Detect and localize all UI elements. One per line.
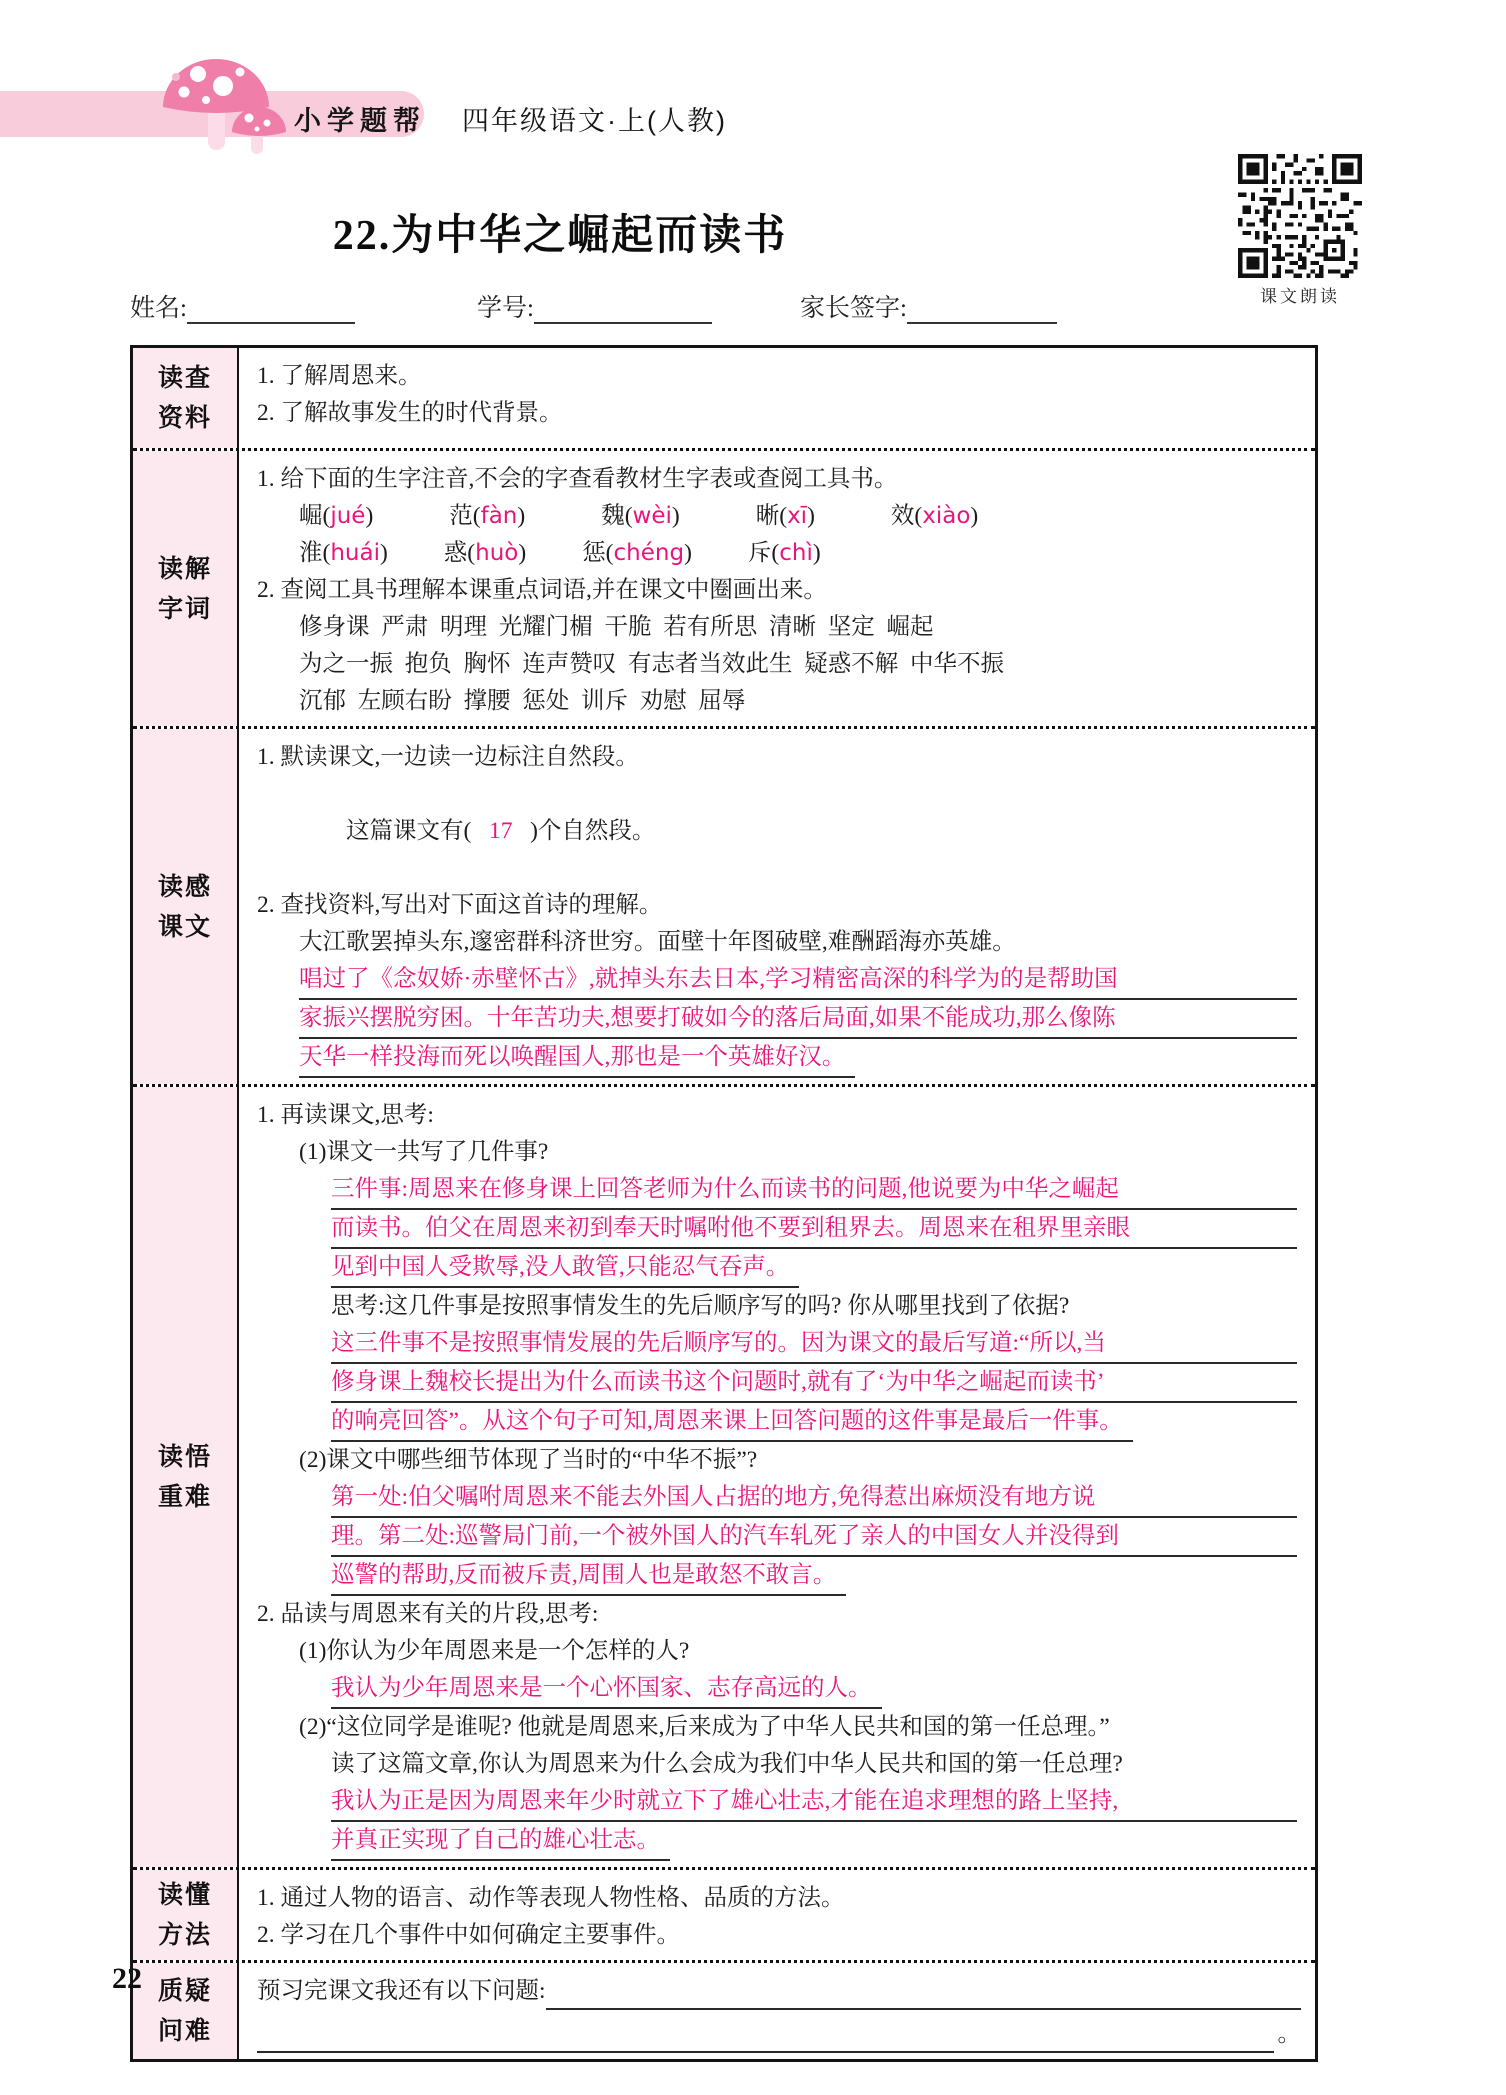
task-line: 1. 再读课文,思考: [257,1097,1301,1134]
pinyin-item: 淮(huái) [299,535,388,572]
answer-line: 理。第二处:巡警局门前,一个被外国人的汽车轧死了亲人的中国女人并没得到 [331,1518,1297,1557]
answer-line: 这三件事不是按照事情发展的先后顺序写的。因为课文的最后写道:“所以,当 [331,1325,1297,1364]
table-row: 读感 课文 1. 默读课文,一边读一边标注自然段。 这篇课文有( 17 )个自然… [133,726,1315,1084]
table-row: 读查 资料 1. 了解周恩来。 2. 了解故事发生的时代背景。 [133,348,1315,448]
task-line: 1. 给下面的生字注音,不会的字查看教材生字表或查阅工具书。 [257,461,1301,498]
question-line: (1)课文一共写了几件事? [257,1134,1301,1171]
page-number: 22 [112,1962,142,1996]
question-line: (1)你认为少年周恩来是一个怎样的人? [257,1633,1301,1670]
pinyin-item: 魏(wèi) [601,498,680,535]
brand-badge: 小学题帮 [294,99,426,138]
answer-line: 而读书。伯父在周恩来初到奉天时嘱咐他不要到租界去。周恩来在租界里亲眼 [331,1210,1297,1249]
row-label: 读感 课文 [133,729,239,1084]
pinyin-item: 斥(chì) [748,535,821,572]
row-label: 读解 字词 [133,451,239,726]
workbook-page: { "header": { "badge": "小学题帮", "edition"… [0,0,1506,2095]
task-line: 1. 默读课文,一边读一边标注自然段。 [257,739,1301,776]
name-field: 姓名: [130,288,355,324]
edition-label: 四年级语文·上(人教) [462,99,727,138]
pinyin-item: 范(fàn) [449,498,525,535]
name-input-line[interactable] [187,296,355,324]
prompt-text: 预习完课文我还有以下问题: [257,1973,546,2010]
parent-sign-field: 家长签字: [800,288,1057,324]
student-id-label: 学号: [477,295,534,322]
pinyin-item: 惑(huò) [444,535,526,572]
table-row: 读懂 方法 1. 通过人物的语言、动作等表现人物性格、品质的方法。 2. 学习在… [133,1867,1315,1960]
answer-number: 17 [489,818,513,844]
period-mark: 。 [1278,2016,1302,2053]
pinyin-row: 崛(jué) 范(fàn) 魏(wèi) 晰(xī) 效(xiào) [257,498,1301,535]
row-label: 读懂 方法 [133,1870,239,1960]
pinyin-row: 淮(huái) 惑(huò) 惩(chéng) 斥(chì) [257,535,1301,572]
answer-line: 并真正实现了自己的雄心壮志。 [331,1822,670,1861]
word-list-line: 修身课 严肃 明理 光耀门楣 干脆 若有所思 清晰 坚定 崛起 [257,609,1301,646]
answer-line: 见到中国人受欺辱,没人敢管,只能忍气吞声。 [331,1249,799,1288]
answer-line: 第一处:伯父嘱咐周恩来不能去外国人占据的地方,免得惹出麻烦没有地方说 [331,1479,1297,1518]
lesson-title: 22.为中华之崛起而读书 [150,202,970,262]
task-line: 2. 了解故事发生的时代背景。 [257,395,1301,432]
task-line: 1. 通过人物的语言、动作等表现人物性格、品质的方法。 [257,1880,1301,1917]
student-id-field: 学号: [477,288,712,324]
task-line: 2. 查找资料,写出对下面这首诗的理解。 [257,887,1301,924]
pinyin-item: 效(xiào) [891,498,978,535]
answer-line: 的响亮回答”。从这个句子可知,周恩来课上回答问题的这件事是最后一件事。 [331,1403,1133,1442]
task-line: 2. 学习在几个事件中如何确定主要事件。 [257,1917,1301,1954]
row-label: 读查 资料 [133,348,239,448]
name-label: 姓名: [130,295,187,322]
answer-line: 修身课上魏校长提出为什么而读书这个问题时,就有了‘为中华之崛起而读书’ [331,1364,1297,1403]
parent-sign-label: 家长签字: [800,295,907,322]
row-label: 读悟 重难 [133,1087,239,1867]
poem-line: 大江歌罢掉头东,邃密群科济世穷。面壁十年图破壁,难酬蹈海亦英雄。 [257,924,1301,961]
question-line: 思考:这几件事是按照事情发生的先后顺序写的吗? 你从哪里找到了依据? [257,1288,1301,1325]
question-line: (2)课文中哪些细节体现了当时的“中华不振”? [257,1442,1301,1479]
word-list-line: 为之一振 抱负 胸怀 连声赞叹 有志者当效此生 疑惑不解 中华不振 [257,646,1301,683]
task-line: 2. 品读与周恩来有关的片段,思考: [257,1596,1301,1633]
student-id-input-line[interactable] [534,296,712,324]
parent-sign-input-line[interactable] [907,296,1057,324]
question-line: (2)“这位同学是谁呢? 他就是周恩来,后来成为了中华人民共和国的第一任总理。” [257,1709,1301,1746]
answer-line: 家振兴摆脱穷困。十年苦功夫,想要打破如今的落后局面,如果不能成功,那么像陈 [299,1000,1297,1039]
question-line: 读了这篇文章,你认为周恩来为什么会成为我们中华人民共和国的第一任总理? [257,1746,1301,1783]
pinyin-item: 晰(xī) [756,498,815,535]
pinyin-item: 惩(chéng) [582,535,692,572]
mushroom-icon [146,44,298,160]
answer-line: 我认为少年周恩来是一个心怀国家、志存高远的人。 [331,1670,882,1709]
answer-line: 巡警的帮助,反而被斥责,周围人也是敢怒不敢言。 [331,1557,846,1596]
row-label: 质疑 问难 [133,1963,239,2059]
preview-table: 读查 资料 1. 了解周恩来。 2. 了解故事发生的时代背景。 读解 字词 1.… [130,345,1318,2062]
answer-line: 天华一样投海而死以唤醒国人,那也是一个英雄好汉。 [299,1039,855,1078]
question-write-line[interactable] [257,2021,1274,2053]
table-row: 读悟 重难 1. 再读课文,思考: (1)课文一共写了几件事? 三件事:周恩来在… [133,1084,1315,1867]
question-write-line[interactable] [546,1978,1301,2010]
table-row: 读解 字词 1. 给下面的生字注音,不会的字查看教材生字表或查阅工具书。 崛(j… [133,448,1315,726]
qr-caption: 课文朗读 [1238,282,1362,307]
word-list-line: 沉郁 左顾右盼 撑腰 惩处 训斥 劝慰 屈辱 [257,683,1301,720]
answer-line: 我认为正是因为周恩来年少时就立下了雄心壮志,才能在追求理想的路上坚持, [331,1783,1297,1822]
answer-line: 三件事:周恩来在修身课上回答老师为什么而读书的问题,他说要为中华之崛起 [331,1171,1297,1210]
fill-blank-line: 这篇课文有( 17 )个自然段。 [257,776,1301,887]
qr-code [1238,154,1362,278]
task-line: 2. 查阅工具书理解本课重点词语,并在课文中圈画出来。 [257,572,1301,609]
task-line: 1. 了解周恩来。 [257,358,1301,395]
answer-line: 唱过了《念奴娇·赤壁怀古》,就掉头东去日本,学习精密高深的科学为的是帮助国 [299,961,1297,1000]
table-row: 质疑 问难 预习完课文我还有以下问题: 。 [133,1960,1315,2059]
pinyin-item: 崛(jué) [299,498,373,535]
